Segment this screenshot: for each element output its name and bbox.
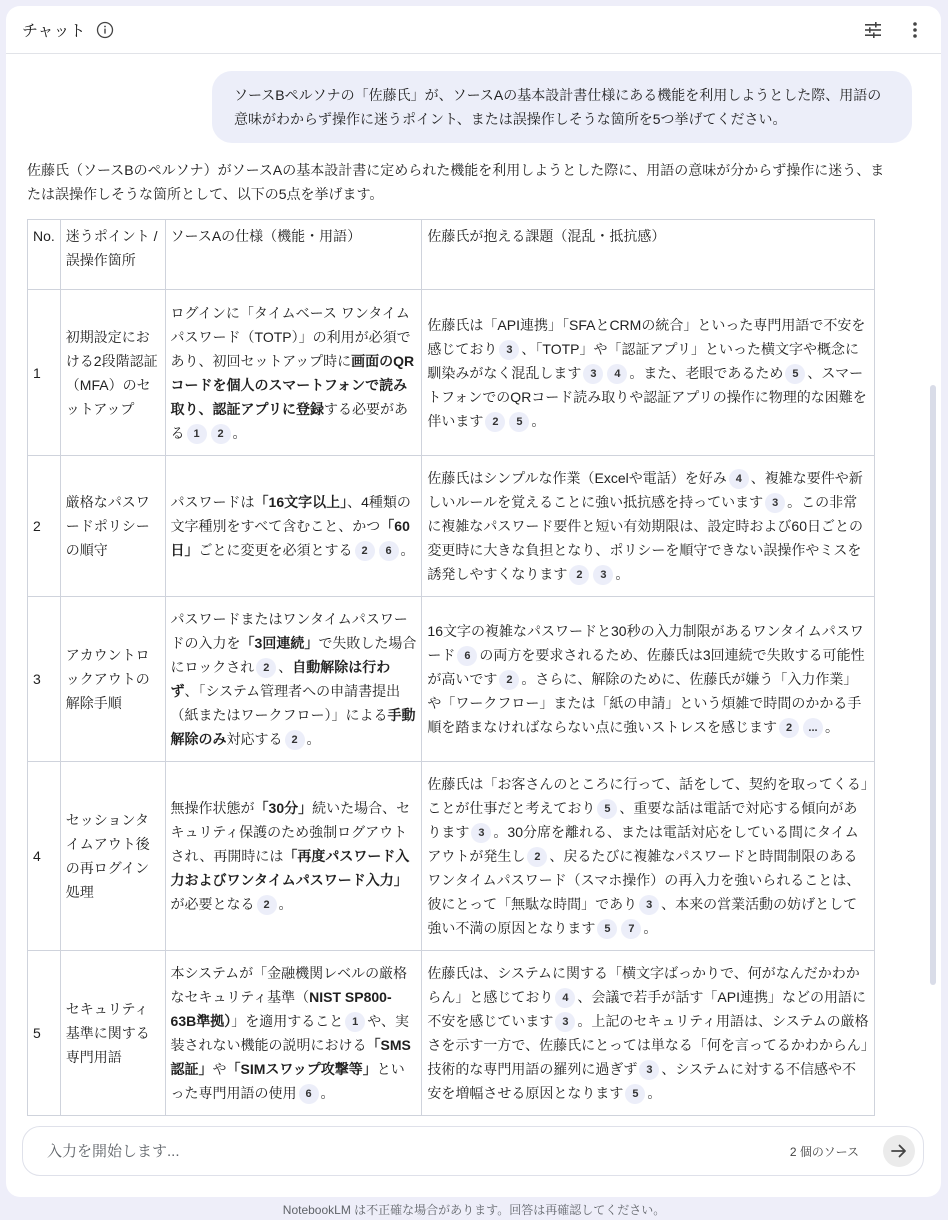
citation-chip[interactable]: 2 [285,730,305,750]
citation-chip[interactable]: 2 [779,718,799,738]
citation-chip[interactable]: 4 [607,364,627,384]
row-number: 1 [28,290,61,456]
table-row: 4セッションタイムアウト後の再ログイン処理無操作状態が「30分」続いた場合、セキ… [28,762,875,951]
text-segment: 。 [615,566,629,582]
row-number: 2 [28,456,61,597]
text-segment: 。 [531,413,545,429]
citation-chip[interactable]: 1 [187,424,207,444]
row-number: 5 [28,951,61,1116]
column-header-no: No. [28,220,61,290]
citation-chip[interactable]: 3 [583,364,603,384]
table-body: 1初期設定における2段階認証（MFA）のセットアップログインに「タイムベース ワ… [28,290,875,1116]
citation-chip[interactable]: 5 [785,364,805,384]
citation-chip[interactable]: 2 [355,541,375,561]
table-row: 5セキュリティ基準に関する専門用語本システムが「金融機関レベルの厳格なセキュリテ… [28,951,875,1116]
spec-cell: パスワードは「16文字以上」、4種類の文字種別をすべて含むこと、かつ「60日」ご… [165,456,422,597]
text-segment: や [213,1061,227,1077]
citation-chip[interactable]: 3 [593,565,613,585]
citation-chip[interactable]: 2 [485,412,505,432]
row-number: 4 [28,762,61,951]
ai-response-intro: 佐藤氏（ソースBのペルソナ）がソースAの基本設計書に定められた機能を利用しようと… [27,158,887,206]
text-segment: 。 [321,1085,335,1101]
bold-text: 「30分」 [255,800,313,816]
issue-cell: 佐藤氏は「API連携」「SFAとCRMの統合」といった専門用語で不安を感じており… [422,290,875,456]
disclaimer-text: NotebookLM は不正確な場合があります。回答は再確認してください。 [0,1201,948,1218]
point-cell: 厳格なパスワードポリシーの順守 [60,456,165,597]
table-row: 2厳格なパスワードポリシーの順守パスワードは「16文字以上」、4種類の文字種別を… [28,456,875,597]
column-header-spec: ソースAの仕様（機能・用語） [165,220,422,290]
citation-chip[interactable]: ... [803,718,823,738]
citation-chip[interactable]: 6 [379,541,399,561]
chat-input[interactable] [23,1143,790,1160]
column-header-issue: 佐藤氏が抱える課題（混乱・抵抗感） [422,220,875,290]
table-row: 1初期設定における2段階認証（MFA）のセットアップログインに「タイムベース ワ… [28,290,875,456]
text-segment: 。 [307,731,321,747]
issue-cell: 佐藤氏は「お客さんのところに行って、話をして、契約を取ってくる」ことが仕事だと考… [422,762,875,951]
citation-chip[interactable]: 2 [256,658,276,678]
user-message: ソースBペルソナの「佐藤氏」が、ソースAの基本設計書仕様にある機能を利用しようと… [212,71,912,143]
citation-chip[interactable]: 3 [639,1060,659,1080]
info-icon[interactable] [96,21,114,39]
text-segment: 対応する [227,731,283,747]
point-cell: セキュリティ基準に関する専門用語 [60,951,165,1116]
text-segment: 佐藤氏はシンプルな作業（Excelや電話）を好み [427,470,726,486]
chat-title: チャット [22,18,86,41]
text-segment: 」を適用すること [231,1013,343,1029]
point-cell: アカウントロックアウトの解除手順 [60,597,165,762]
conversation-scroll-area[interactable]: ソースBペルソナの「佐藤氏」が、ソースAの基本設計書仕様にある機能を利用しようと… [6,55,941,1117]
text-segment: ごとに変更を必須とする [199,542,353,558]
text-segment: 、 [278,659,292,675]
citation-chip[interactable]: 5 [597,919,617,939]
row-number: 3 [28,597,61,762]
issue-cell: 佐藤氏はシンプルな作業（Excelや電話）を好み4、複雑な要件や新しいルールを覚… [422,456,875,597]
issue-cell: 16文字の複雑なパスワードと30秒の入力制限があるワンタイムパスワード6の両方を… [422,597,875,762]
source-count[interactable]: 2 個のソース [790,1143,859,1160]
text-segment: が必要となる [171,896,255,912]
send-button[interactable] [883,1135,915,1167]
chat-input-bar: 2 個のソース [22,1126,924,1176]
bold-text: 「3回連続」 [241,635,319,651]
citation-chip[interactable]: 5 [509,412,529,432]
bold-text: 「16文字以上」 [255,494,348,510]
text-segment: 。 [643,920,657,936]
bold-text: 「SIMスワップ攻撃等」 [227,1061,377,1077]
text-segment: 。 [233,425,247,441]
column-header-point: 迷うポイント / 誤操作箇所 [60,220,165,290]
spec-cell: 無操作状態が「30分」続いた場合、セキュリティ保護のため強制ログアウトされ、再開… [165,762,422,951]
citation-chip[interactable]: 3 [639,895,659,915]
text-segment: 。 [825,719,839,735]
citation-chip[interactable]: 1 [345,1012,365,1032]
text-segment: 。 [279,896,293,912]
citation-chip[interactable]: 3 [499,340,519,360]
citation-chip[interactable]: 2 [569,565,589,585]
citation-chip[interactable]: 4 [729,469,749,489]
text-segment: パスワードは [171,494,255,510]
citation-chip[interactable]: 2 [211,424,231,444]
chat-panel: チャット ソースBペルソナの「佐藤氏」が、ソースAの基本設計書仕様にある機能を利… [6,6,941,1197]
spec-cell: 本システムが「金融機関レベルの厳格なセキュリティ基準（NIST SP800-63… [165,951,422,1116]
citation-chip[interactable]: 3 [471,823,491,843]
citation-chip[interactable]: 6 [299,1084,319,1104]
arrow-forward-icon [890,1142,908,1160]
more-vert-icon[interactable] [903,18,927,42]
header-actions [861,18,927,42]
spec-cell: ログインに「タイムベース ワンタイムパスワード（TOTP）」の利用が必須であり、… [165,290,422,456]
citation-chip[interactable]: 3 [765,493,785,513]
text-segment: 無操作状態が [171,800,255,816]
citation-chip[interactable]: 6 [457,646,477,666]
text-segment: 。 [401,542,415,558]
table-header-row: No. 迷うポイント / 誤操作箇所 ソースAの仕様（機能・用語） 佐藤氏が抱え… [28,220,875,290]
citation-chip[interactable]: 2 [257,895,277,915]
citation-chip[interactable]: 2 [527,847,547,867]
scrollbar-thumb[interactable] [930,385,936,985]
chat-header: チャット [6,6,941,54]
citation-chip[interactable]: 3 [555,1012,575,1032]
citation-chip[interactable]: 4 [555,988,575,1008]
citation-chip[interactable]: 7 [621,919,641,939]
spec-cell: パスワードまたはワンタイムパスワードの入力を「3回連続」で失敗した場合にロックさ… [165,597,422,762]
point-cell: セッションタイムアウト後の再ログイン処理 [60,762,165,951]
text-segment: 、「システム管理者への申請書提出（紙またはワークフロー）」による [171,683,401,723]
text-segment: 。 [647,1085,661,1101]
text-segment: 。また、老眼であるため [629,365,783,381]
response-table: No. 迷うポイント / 誤操作箇所 ソースAの仕様（機能・用語） 佐藤氏が抱え… [27,219,875,1116]
table-row: 3アカウントロックアウトの解除手順パスワードまたはワンタイムパスワードの入力を「… [28,597,875,762]
tune-icon[interactable] [861,18,885,42]
citation-chip[interactable]: 2 [499,670,519,690]
citation-chip[interactable]: 5 [625,1084,645,1104]
citation-chip[interactable]: 5 [597,799,617,819]
point-cell: 初期設定における2段階認証（MFA）のセットアップ [60,290,165,456]
issue-cell: 佐藤氏は、システムに関する「横文字ばっかりで、何がなんだかわからん」と感じており… [422,951,875,1116]
